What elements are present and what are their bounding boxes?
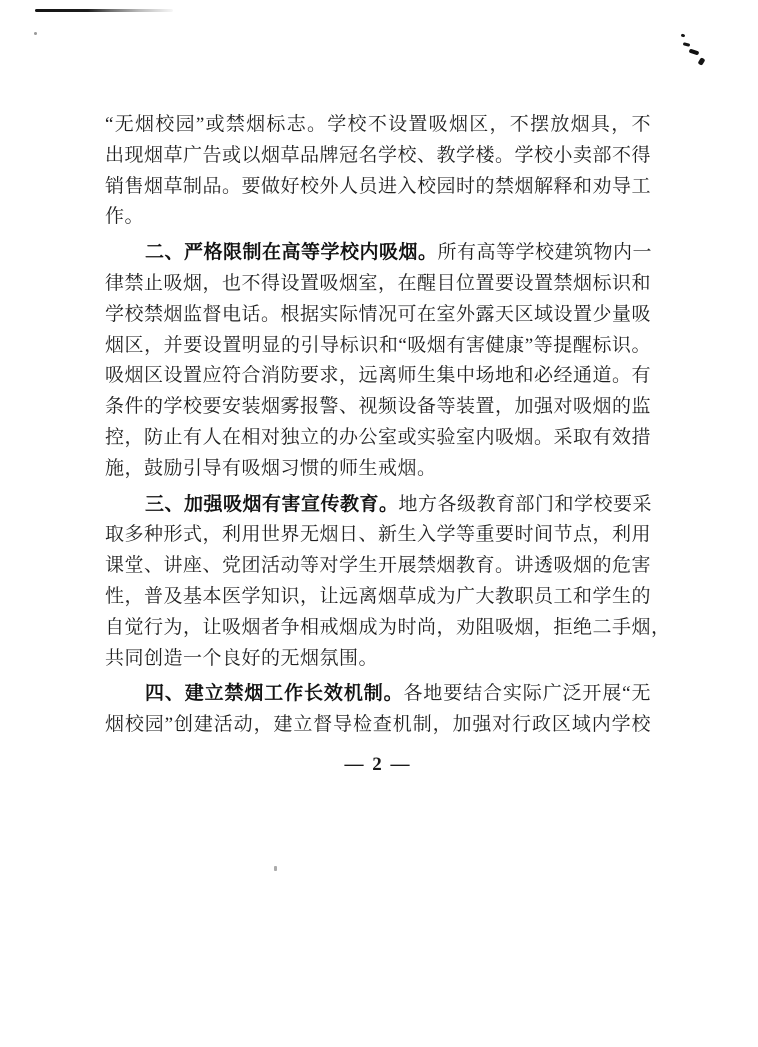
section-heading: 三、加强吸烟有害宣传教育。 (145, 494, 399, 515)
text-line: 烟区，并要设置明显的引导标识和“吸烟有害健康”等提醒标识。 (105, 331, 651, 362)
text-run: 地方各级教育部门和学校要采 (399, 494, 653, 515)
text-line: 二、严格限制在高等学校内吸烟。所有高等学校建筑物内一 (105, 238, 651, 269)
ink-smudge (681, 33, 686, 37)
ink-smudge (689, 49, 700, 56)
text-run: 取多种形式，利用世界无烟日、新生入学等重要时间节点，利用 (105, 524, 651, 545)
text-run: 施，鼓励引导有吸烟习惯的师生戒烟。 (105, 458, 437, 479)
text-line: 销售烟草制品。要做好校外人员进入校园时的禁烟解释和劝导工 (105, 172, 651, 203)
text-run: 烟区，并要设置明显的引导标识和“吸烟有害健康”等提醒标识。 (105, 335, 651, 356)
text-line: 自觉行为，让吸烟者争相戒烟成为时尚，劝阻吸烟，拒绝二手烟， (105, 613, 651, 644)
text-line: 共同创造一个良好的无烟氛围。 (105, 644, 651, 675)
text-run: 共同创造一个良好的无烟氛围。 (105, 648, 378, 669)
scanned-document-page: “无烟校园”或禁烟标志。学校不设置吸烟区，不摆放烟具，不出现烟草广告或以烟草品牌… (0, 0, 758, 1047)
text-line: 控，防止有人在相对独立的办公室或实验室内吸烟。采取有效措 (105, 423, 651, 454)
text-line: 三、加强吸烟有害宣传教育。地方各级教育部门和学校要采 (105, 490, 651, 521)
text-run: 烟校园”创建活动，建立督导检查机制，加强对行政区域内学校 (105, 714, 651, 735)
section-heading: 二、严格限制在高等学校内吸烟。 (145, 242, 438, 263)
text-run: 各地要结合实际广泛开展“无 (403, 683, 651, 704)
text-lines: “无烟校园”或禁烟标志。学校不设置吸烟区，不摆放烟具，不出现烟草广告或以烟草品牌… (105, 110, 651, 741)
text-line: 取多种形式，利用世界无烟日、新生入学等重要时间节点，利用 (105, 520, 651, 551)
text-line: 学校禁烟监督电话。根据实际情况可在室外露天区域设置少量吸 (105, 300, 651, 331)
text-run: 控，防止有人在相对独立的办公室或实验室内吸烟。采取有效措 (105, 427, 651, 448)
text-run: 律禁止吸烟，也不得设置吸烟室，在醒目位置要设置禁烟标识和 (105, 273, 651, 294)
ink-smudge (683, 42, 691, 47)
text-run: 课堂、讲座、党团活动等对学生开展禁烟教育。讲透吸烟的危害 (105, 555, 651, 576)
text-line: 吸烟区设置应符合消防要求，远离师生集中场地和必经通道。有 (105, 361, 651, 392)
text-line: 作。 (105, 202, 651, 233)
text-line: 四、建立禁烟工作长效机制。各地要结合实际广泛开展“无 (105, 679, 651, 710)
text-line: 律禁止吸烟，也不得设置吸烟室，在醒目位置要设置禁烟标识和 (105, 269, 651, 300)
text-run: 所有高等学校建筑物内一 (438, 242, 653, 263)
text-run: 性，普及基本医学知识，让远离烟草成为广大教职员工和学生的 (105, 586, 651, 607)
text-line: 性，普及基本医学知识，让远离烟草成为广大教职员工和学生的 (105, 582, 651, 613)
speck-artifact (34, 32, 37, 35)
text-line: 出现烟草广告或以烟草品牌冠名学校、教学楼。学校小卖部不得 (105, 141, 651, 172)
page-number: — 2 — (105, 750, 651, 780)
text-line: “无烟校园”或禁烟标志。学校不设置吸烟区，不摆放烟具，不 (105, 110, 651, 141)
text-run: 出现烟草广告或以烟草品牌冠名学校、教学楼。学校小卖部不得 (105, 145, 651, 166)
ink-smudge (698, 57, 706, 66)
text-run: “无烟校园”或禁烟标志。学校不设置吸烟区，不摆放烟具，不 (105, 114, 651, 135)
text-run: 作。 (105, 206, 144, 227)
text-run: 销售烟草制品。要做好校外人员进入校园时的禁烟解释和劝导工 (105, 176, 651, 197)
text-line: 条件的学校要安装烟雾报警、视频设备等装置，加强对吸烟的监 (105, 392, 651, 423)
document-body: “无烟校园”或禁烟标志。学校不设置吸烟区，不摆放烟具，不出现烟草广告或以烟草品牌… (105, 110, 651, 780)
text-line: 烟校园”创建活动，建立督导检查机制，加强对行政区域内学校 (105, 710, 651, 741)
text-run: 自觉行为，让吸烟者争相戒烟成为时尚，劝阻吸烟，拒绝二手烟， (105, 617, 671, 638)
text-line: 施，鼓励引导有吸烟习惯的师生戒烟。 (105, 454, 651, 485)
text-run: 学校禁烟监督电话。根据实际情况可在室外露天区域设置少量吸 (105, 304, 651, 325)
section-heading: 四、建立禁烟工作长效机制。 (145, 683, 403, 704)
text-run: 条件的学校要安装烟雾报警、视频设备等装置，加强对吸烟的监 (105, 396, 651, 417)
scan-line-artifact (35, 9, 173, 12)
text-run: 吸烟区设置应符合消防要求，远离师生集中场地和必经通道。有 (105, 365, 651, 386)
speck-artifact (274, 866, 277, 871)
text-line: 课堂、讲座、党团活动等对学生开展禁烟教育。讲透吸烟的危害 (105, 551, 651, 582)
